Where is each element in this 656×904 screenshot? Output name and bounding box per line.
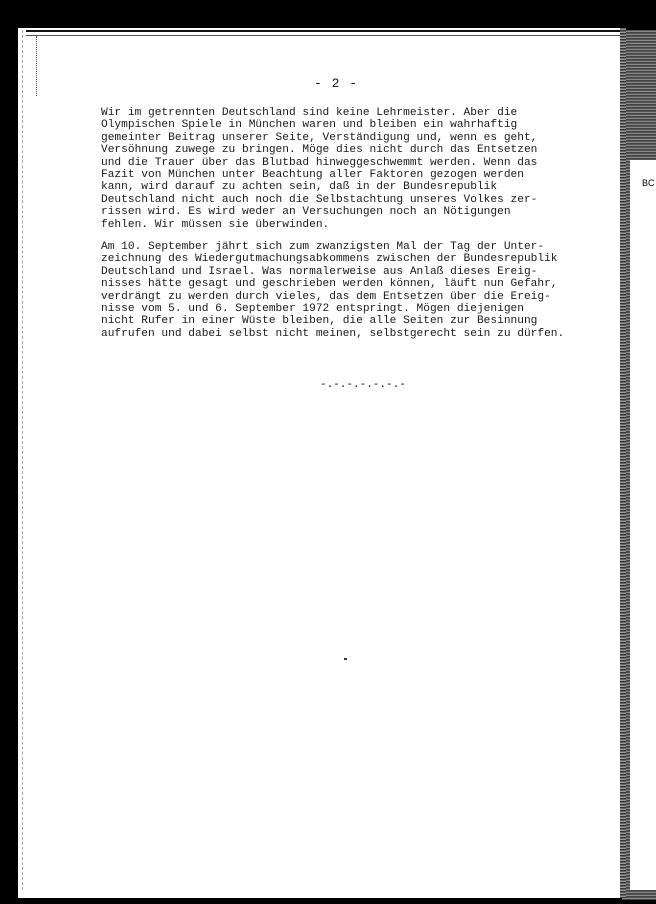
text-line: zeichnung des Wiedergutmachungsabkommens… xyxy=(101,253,641,265)
text-line: kann, wird darauf zu achten sein, daß in… xyxy=(101,181,641,193)
text-line: nisses hätte gesagt und geschrieben werd… xyxy=(101,278,641,290)
page-edge-top xyxy=(26,30,626,36)
adjacent-page-label: BC xyxy=(642,178,655,188)
document-page: - 2 - Wir im getrennten Deutschland sind… xyxy=(18,28,626,898)
end-mark: -.-.-.-.-.-.- xyxy=(320,379,406,391)
text-line: Wir im getrennten Deutschland sind keine… xyxy=(101,107,641,119)
text-line: Fazit von München unter Beachtung aller … xyxy=(101,169,641,181)
text-line: gemeinter Beitrag unserer Seite, Verstän… xyxy=(101,132,641,144)
text-line: Deutschland nicht auch noch die Selbstac… xyxy=(101,194,641,206)
text-line: rissen wird. Es wird weder an Versuchung… xyxy=(101,206,641,218)
text-line: Olympischen Spiele in München waren und … xyxy=(101,119,641,131)
text-line: Deutschland und Israel. Was normalerweis… xyxy=(101,266,641,278)
scan-speck xyxy=(344,658,347,660)
page-number: - 2 - xyxy=(314,76,358,91)
text-line: fehlen. Wir müssen sie überwinden. xyxy=(101,219,641,231)
text-line: nicht Rufer in einer Wüste bleiben, die … xyxy=(101,315,641,327)
text-line: aufrufen und dabei selbst nicht meinen, … xyxy=(101,328,641,340)
text-line: Versöhnung zuwege zu bringen. Möge dies … xyxy=(101,144,641,156)
text-line: Am 10. September jährt sich zum zwanzigs… xyxy=(101,241,641,253)
text-line: verdrängt zu werden durch vieles, das de… xyxy=(101,291,641,303)
text-line: nisse vom 5. und 6. September 1972 entsp… xyxy=(101,303,641,315)
page-edge-left xyxy=(22,30,26,890)
text-line: und die Trauer über das Blutbad hinwegge… xyxy=(101,157,641,169)
paragraph-1: Wir im getrennten Deutschland sind keine… xyxy=(101,107,641,231)
page-edge-shadow xyxy=(36,36,39,96)
paragraph-2: Am 10. September jährt sich zum zwanzigs… xyxy=(101,241,641,340)
